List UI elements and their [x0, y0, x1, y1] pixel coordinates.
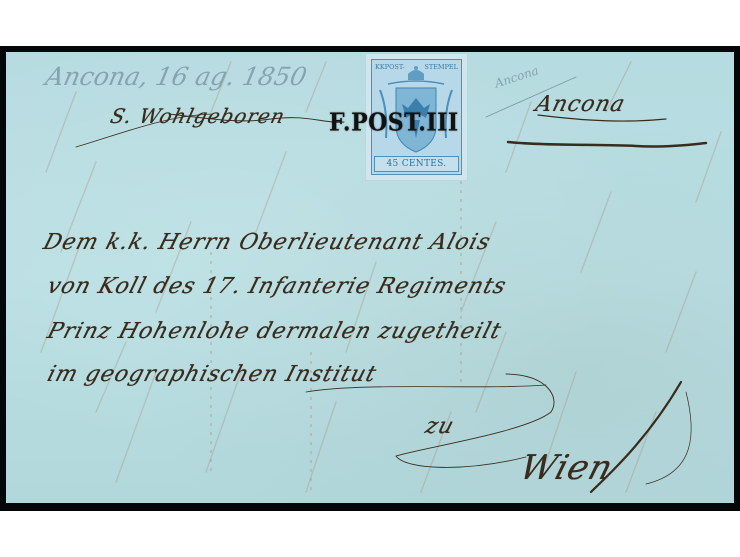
postmark-cancellation: F.POST.III: [329, 109, 459, 138]
stamp-denomination: 45 CENTES.: [374, 156, 459, 172]
